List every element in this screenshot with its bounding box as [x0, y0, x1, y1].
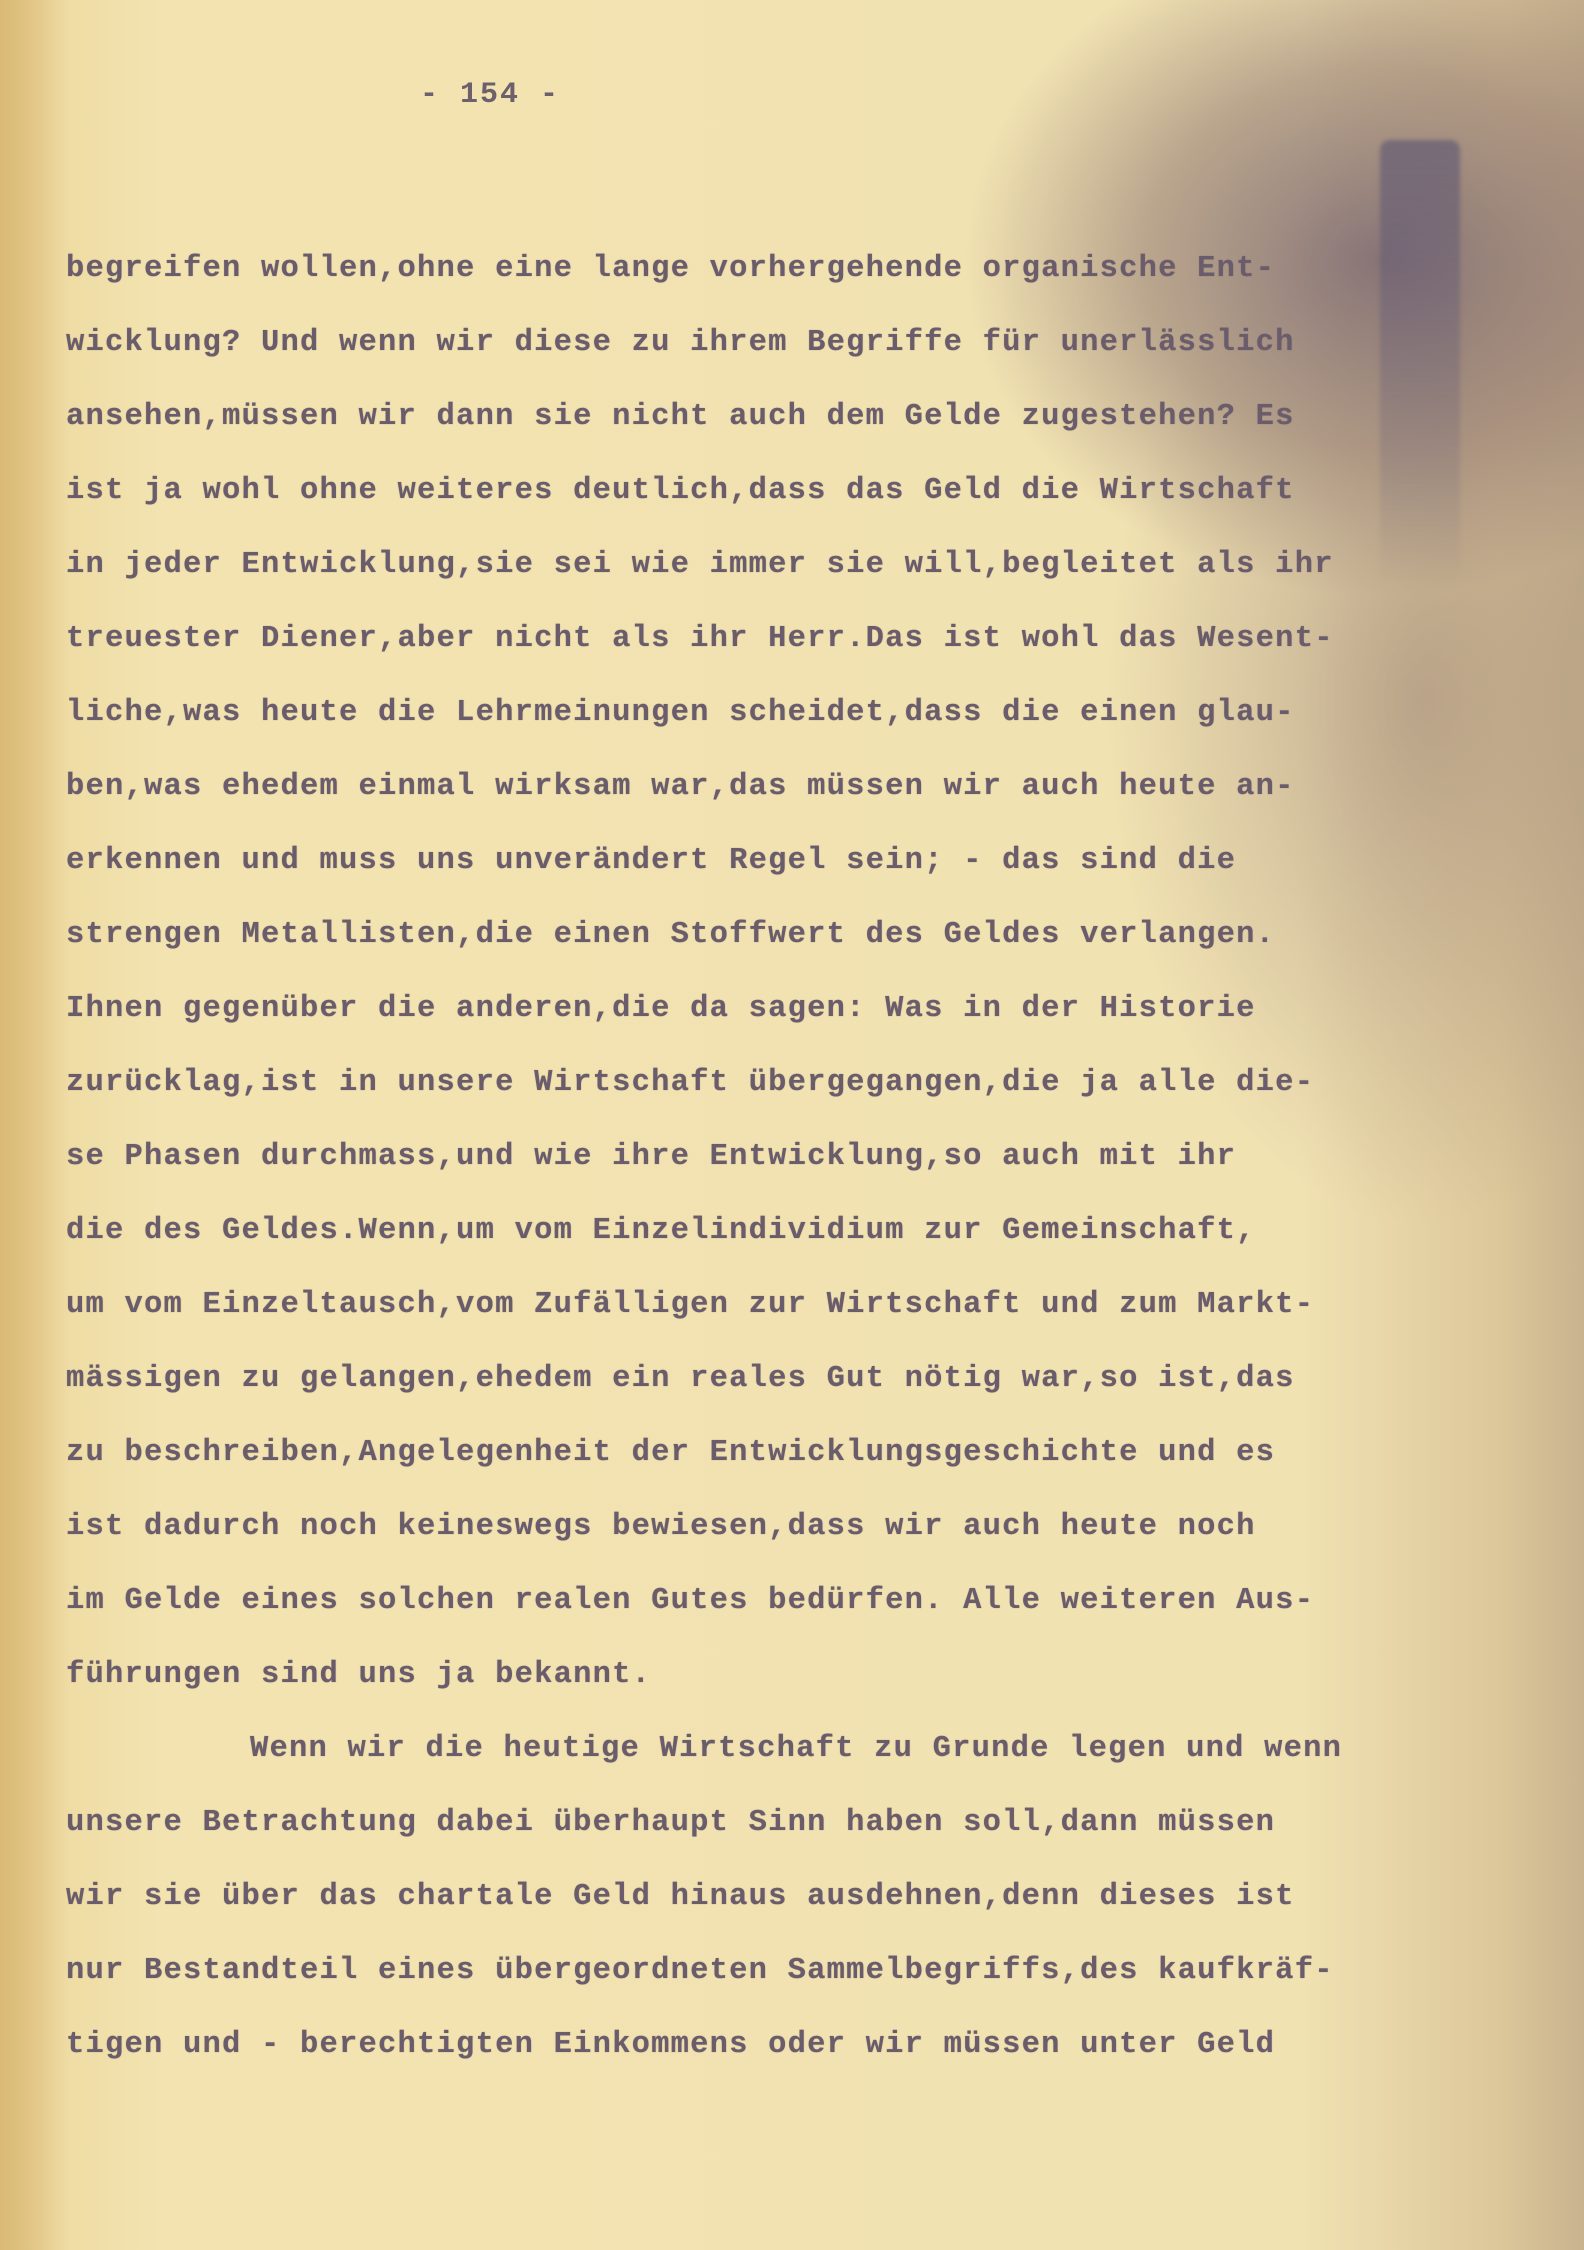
text-line: wir sie über das chartale Geld hinaus au…: [66, 1860, 1526, 1934]
text-line: se Phasen durchmass,und wie ihre Entwick…: [66, 1120, 1526, 1194]
text-line: ansehen,müssen wir dann sie nicht auch d…: [66, 380, 1526, 454]
text-line: zurücklag,ist in unsere Wirtschaft überg…: [66, 1046, 1526, 1120]
text-line: treuester Diener,aber nicht als ihr Herr…: [66, 602, 1526, 676]
text-line: zu beschreiben,Angelegenheit der Entwick…: [66, 1416, 1526, 1490]
paper-edge-shadow: [0, 0, 70, 2250]
text-line: tigen und - berechtigten Einkommens oder…: [66, 2008, 1526, 2082]
text-line: in jeder Entwicklung,sie sei wie immer s…: [66, 528, 1526, 602]
text-line: begreifen wollen,ohne eine lange vorherg…: [66, 232, 1526, 306]
paragraph-first-line: Wenn wir die heutige Wirtschaft zu Grund…: [66, 1712, 1526, 1786]
typed-text-body: begreifen wollen,ohne eine lange vorherg…: [66, 232, 1526, 2082]
text-line: im Gelde eines solchen realen Gutes bedü…: [66, 1564, 1526, 1638]
text-line: Ihnen gegenüber die anderen,die da sagen…: [66, 972, 1526, 1046]
document-page: - 154 - begreifen wollen,ohne eine lange…: [0, 0, 1584, 2250]
text-line: wicklung? Und wenn wir diese zu ihrem Be…: [66, 306, 1526, 380]
text-line: liche,was heute die Lehrmeinungen scheid…: [66, 676, 1526, 750]
text-line: ist dadurch noch keineswegs bewiesen,das…: [66, 1490, 1526, 1564]
page-number: - 154 -: [0, 78, 980, 112]
text-line: unsere Betrachtung dabei überhaupt Sinn …: [66, 1786, 1526, 1860]
text-line: ist ja wohl ohne weiteres deutlich,dass …: [66, 454, 1526, 528]
text-line: um vom Einzeltausch,vom Zufälligen zur W…: [66, 1268, 1526, 1342]
text-line: nur Bestandteil eines übergeordneten Sam…: [66, 1934, 1526, 2008]
text-line: führungen sind uns ja bekannt.: [66, 1638, 1526, 1712]
text-line: die des Geldes.Wenn,um vom Einzelindivid…: [66, 1194, 1526, 1268]
text-line: mässigen zu gelangen,ehedem ein reales G…: [66, 1342, 1526, 1416]
text-line: erkennen und muss uns unverändert Regel …: [66, 824, 1526, 898]
text-line: strengen Metallisten,die einen Stoffwert…: [66, 898, 1526, 972]
text-line: ben,was ehedem einmal wirksam war,das mü…: [66, 750, 1526, 824]
